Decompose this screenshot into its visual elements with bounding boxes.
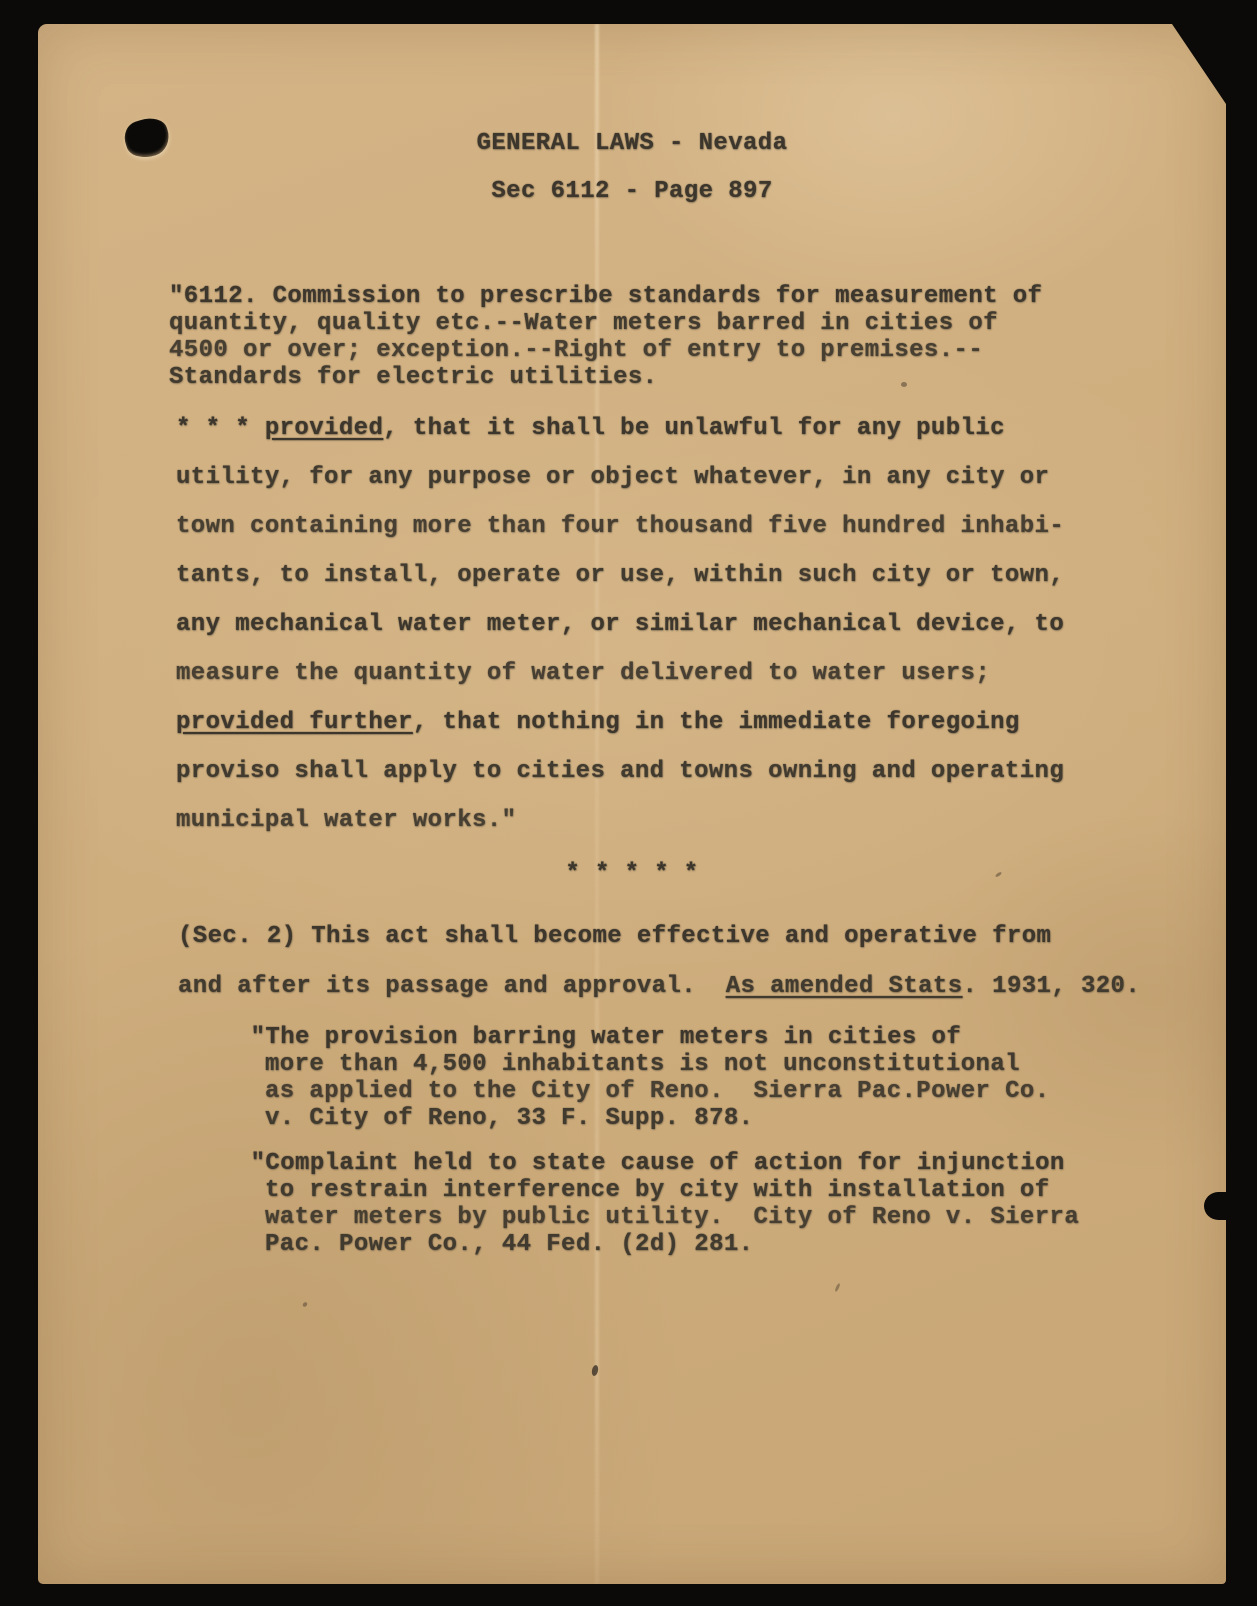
scan-background: GENERAL LAWS - Nevada Sec 6112 - Page 89… [0, 0, 1257, 1606]
text-line: water meters by public utility. City of … [265, 1204, 1079, 1231]
text-line: to restrain interference by city with in… [265, 1177, 1079, 1204]
underlined-text-segment: provided further [176, 709, 413, 736]
text-line: municipal water works." [176, 796, 1064, 845]
text-segment: . 1931, 320. [963, 973, 1141, 1000]
case-annotation-quote-2: "Complaint held to state cause of action… [265, 1150, 1079, 1258]
text-line: Pac. Power Co., 44 Fed. (2d) 281. [265, 1231, 1079, 1258]
document-header: GENERAL LAWS - Nevada Sec 6112 - Page 89… [38, 120, 1226, 216]
text-line: any mechanical water meter, or similar m… [176, 600, 1064, 649]
text-line: "The provision barring water meters in c… [265, 1024, 1050, 1051]
document-title: GENERAL LAWS - Nevada [38, 120, 1226, 168]
text-segment: , that nothing in the immediate foregoin… [413, 709, 1020, 736]
text-segment: and after its passage and approval. [178, 973, 726, 1000]
text-line: more than 4,500 inhabitants is not uncon… [265, 1051, 1050, 1078]
text-line: v. City of Reno, 33 F. Supp. 878. [265, 1105, 1050, 1132]
text-line: proviso shall apply to cities and towns … [176, 747, 1064, 796]
text-line: utility, for any purpose or object whate… [176, 453, 1064, 502]
underlined-text-segment: provided [265, 415, 383, 442]
statute-headnote-paragraph: "6112. Commission to prescribe standards… [169, 283, 1042, 391]
underlined-text-segment: As amended Stats [726, 973, 963, 1000]
text-line: (Sec. 2) This act shall become effective… [178, 912, 1140, 962]
text-line: Standards for electric utilities. [169, 364, 1042, 391]
document-page: GENERAL LAWS - Nevada Sec 6112 - Page 89… [38, 24, 1226, 1584]
case-annotation-quote-1: "The provision barring water meters in c… [265, 1024, 1050, 1132]
ink-speck [302, 1301, 308, 1307]
text-line: and after its passage and approval. As a… [178, 962, 1140, 1012]
text-line: tants, to install, operate or use, withi… [176, 551, 1064, 600]
text-line: as applied to the City of Reno. Sierra P… [265, 1078, 1050, 1105]
text-line: measure the quantity of water delivered … [176, 649, 1064, 698]
statute-body-paragraph: * * * provided, that it shall be unlawfu… [176, 404, 1064, 845]
asterisk-separator: * * * * * [38, 860, 1226, 887]
text-segment: , that it shall be unlawful for any publ… [383, 415, 1005, 442]
text-line: town containing more than four thousand … [176, 502, 1064, 551]
edge-tear-notch [1204, 1192, 1228, 1220]
ink-speck [834, 1283, 841, 1292]
section-page-reference: Sec 6112 - Page 897 [38, 168, 1226, 216]
text-line: provided further, that nothing in the im… [176, 698, 1064, 747]
text-line: 4500 or over; exception.--Right of entry… [169, 337, 1042, 364]
text-line: * * * provided, that it shall be unlawfu… [176, 404, 1064, 453]
text-line: "Complaint held to state cause of action… [265, 1150, 1079, 1177]
section-2-paragraph: (Sec. 2) This act shall become effective… [178, 912, 1140, 1012]
text-line: "6112. Commission to prescribe standards… [169, 283, 1042, 310]
text-line: quantity, quality etc.--Water meters bar… [169, 310, 1042, 337]
text-segment: * * * [176, 415, 265, 442]
